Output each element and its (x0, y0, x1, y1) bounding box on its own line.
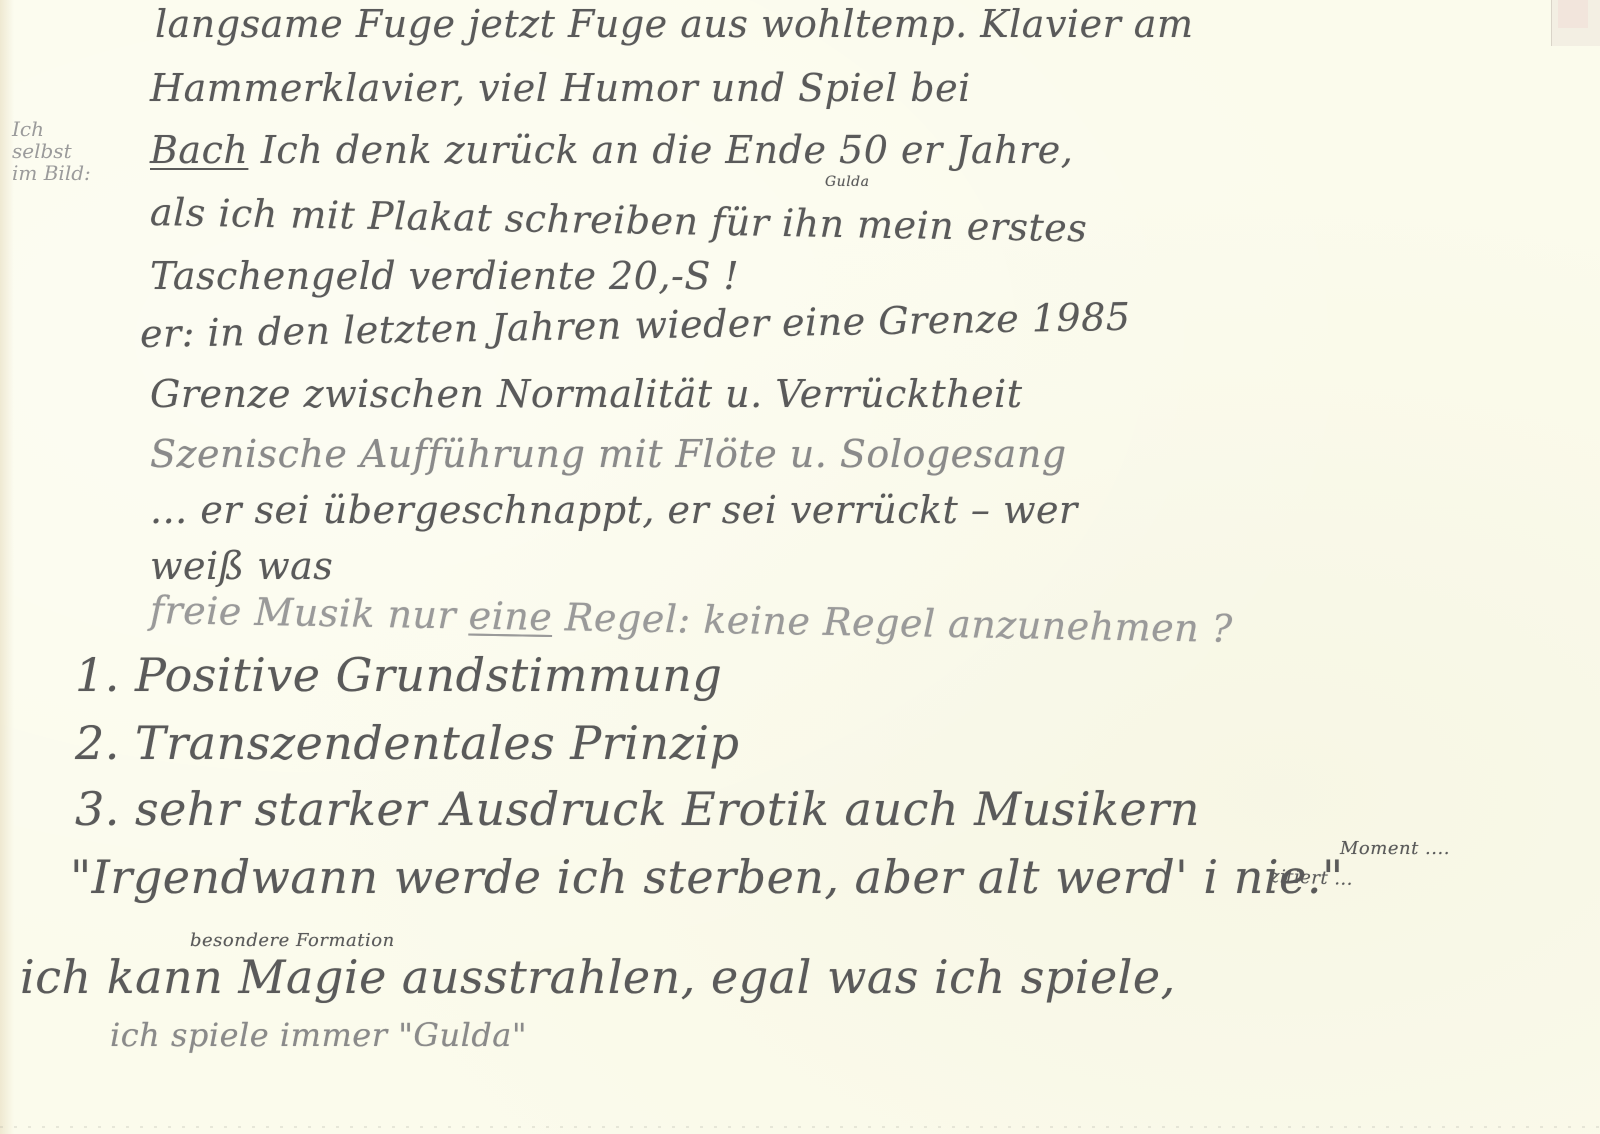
handwritten-line: ich spiele immer "Gulda" (110, 1016, 527, 1054)
handwritten-line: ... er sei übergeschnappt, er sei verrüc… (150, 488, 1078, 532)
handwritten-line: Hammerklavier, viel Humor und Spiel bei (150, 66, 971, 110)
insertion-note: Gulda (825, 174, 870, 190)
handwritten-line: Bach Ich denk zurück an die Ende 50 er J… (150, 128, 1073, 172)
handwritten-line-rest: Ich denk zurück an die Ende 50 er Jahre, (248, 128, 1073, 172)
margin-note: Ich selbst im Bild: (12, 118, 122, 184)
insertion-note: zitiert ... (1270, 866, 1354, 890)
quote-line: "Irgendwann werde ich sterben, aber alt … (70, 850, 1344, 904)
underlined-word: eine (468, 594, 552, 639)
handwritten-line: langsame Fuge jetzt Fuge aus wohltemp. K… (155, 2, 1194, 46)
handwritten-line: Szenische Aufführung mit Flöte u. Sologe… (150, 432, 1067, 476)
handwritten-line: ich kann Magie ausstrahlen, egal was ich… (20, 950, 1176, 1004)
handwritten-line: Taschengeld verdiente 20,-S ! (150, 254, 739, 298)
corner-strip (1551, 0, 1600, 46)
margin-note-line: selbst (12, 140, 122, 162)
margin-note-line: im Bild: (12, 162, 122, 184)
handwritten-line-part: freie Musik nur (150, 588, 470, 638)
bottom-edge-specks (0, 1126, 1600, 1128)
insertion-note: besondere Formation (190, 930, 395, 951)
insertion-note: Moment .... (1340, 838, 1450, 859)
numbered-item: 2. Transzendentales Prinzip (75, 716, 739, 770)
margin-note-line: Ich (12, 118, 122, 140)
numbered-item: 3. sehr starker Ausdruck Erotik auch Mus… (75, 782, 1200, 836)
underlined-word: Bach (150, 128, 248, 172)
handwritten-line: weiß was (150, 544, 333, 588)
handwritten-line: Grenze zwischen Normalität u. Verrückthe… (150, 372, 1022, 416)
numbered-item: 1. Positive Grundstimmung (75, 648, 722, 702)
